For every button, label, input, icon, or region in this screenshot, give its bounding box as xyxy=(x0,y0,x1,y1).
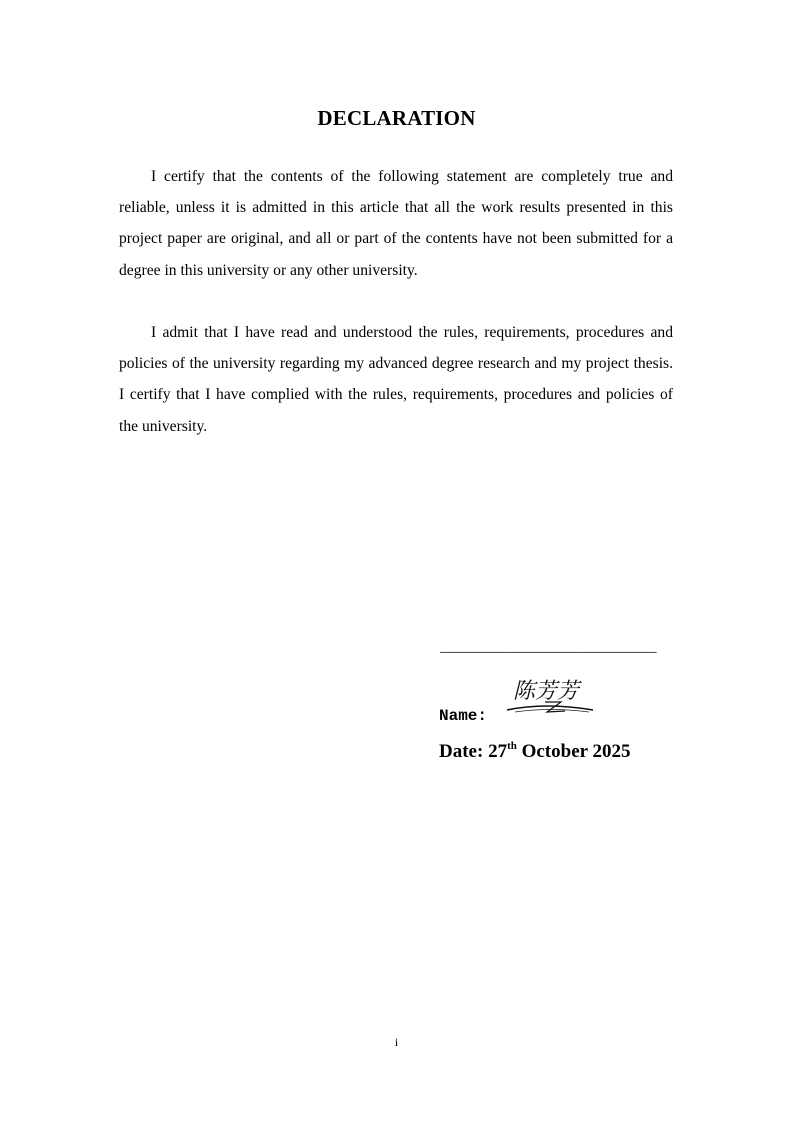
date-suffix: th xyxy=(507,740,517,752)
signature-text: 陈芳芳 xyxy=(513,679,582,704)
declaration-paragraph-1: I certify that the contents of the follo… xyxy=(119,161,673,286)
date-label: Date: xyxy=(439,741,483,762)
signature-line: ________________________ xyxy=(440,638,656,656)
date-line: Date: 27th October 2025 xyxy=(439,741,630,763)
declaration-paragraph-2: I admit that I have read and understood … xyxy=(119,317,673,442)
handwritten-signature: 陈芳芳 xyxy=(505,672,597,718)
date-day: 27 xyxy=(488,741,507,762)
page-number: i xyxy=(0,1035,793,1050)
date-month-year: October 2025 xyxy=(522,741,631,762)
name-label: Name: xyxy=(439,707,487,725)
page-title: DECLARATION xyxy=(0,106,793,131)
